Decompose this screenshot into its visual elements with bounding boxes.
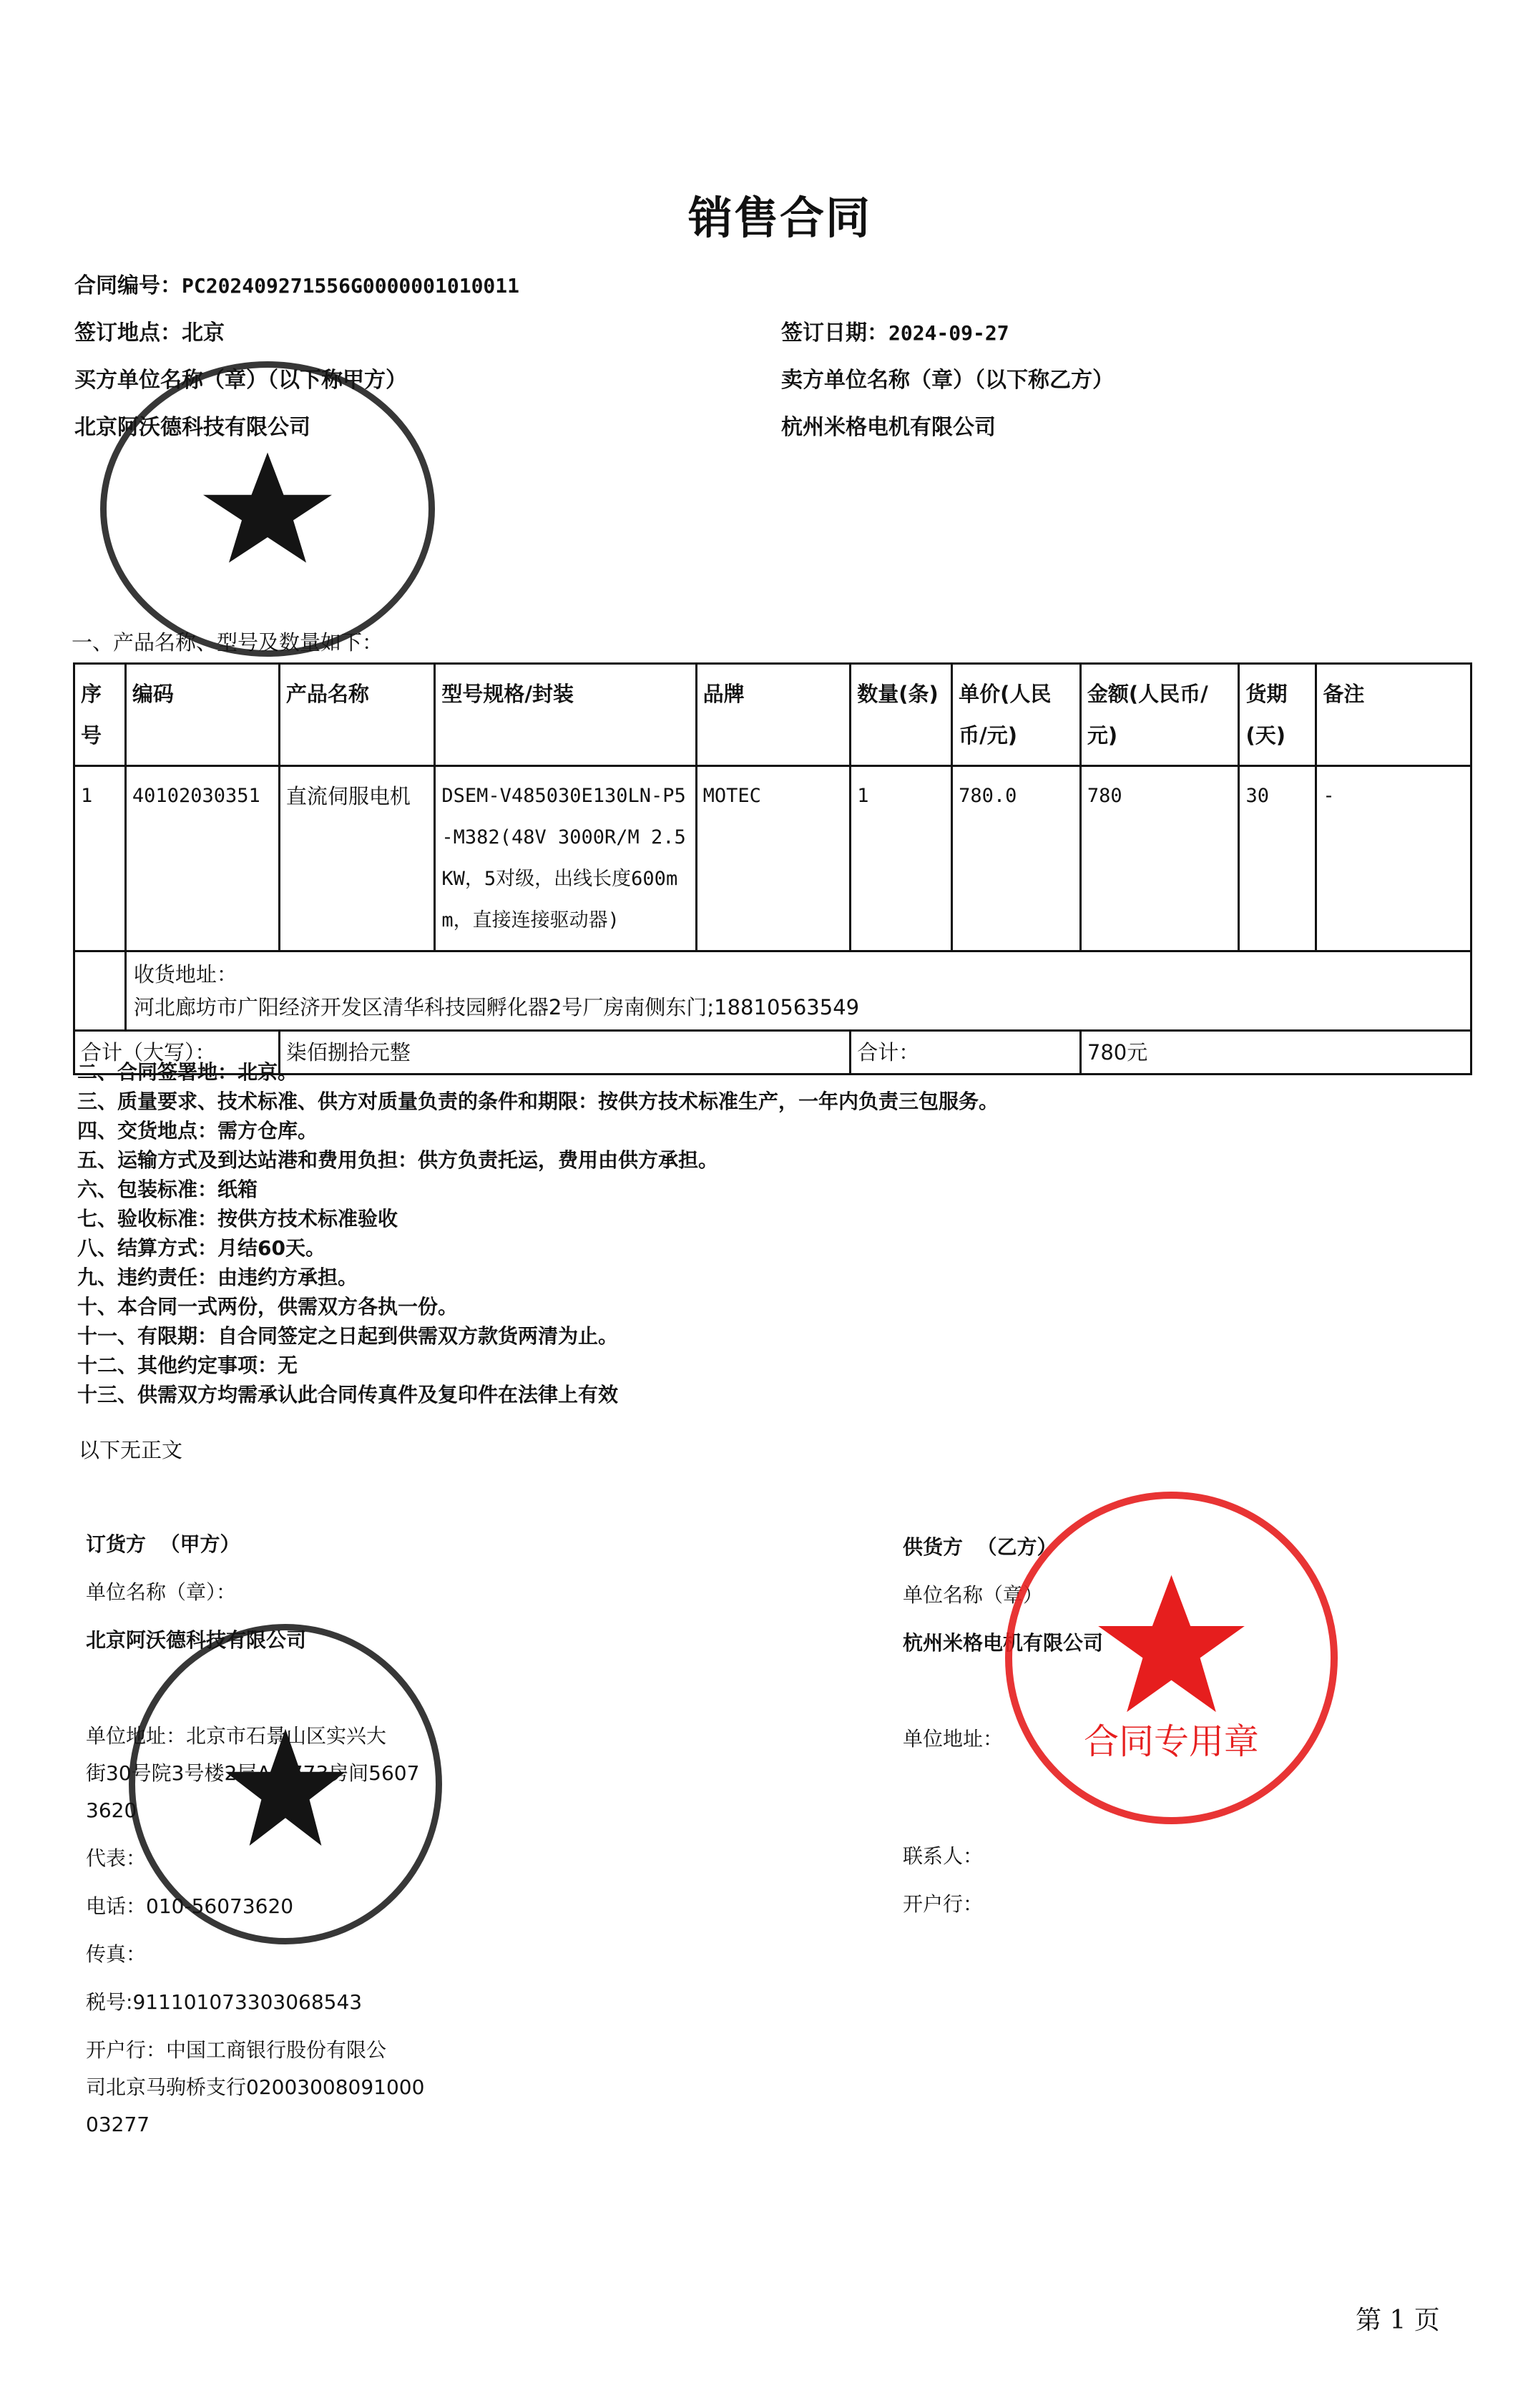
contract-number: 合同编号：PC20240927155​6G0000001010011 [74,268,519,299]
buyer-party-name: 北京阿沃德科技有限公司 [86,1628,424,1653]
items-table: 序号 编码 产品名称 型号规格/封装 品牌 数量(条) 单价(人民币/元) 金额… [73,662,1472,1075]
col-brand: 品牌 [696,664,851,766]
buyer-bank-line2: 司北京马驹桥支行02003008091000 [86,2075,424,2100]
cell-spec: DSEM-V485030E130LN-P5-M382(48V 3000R/M 2… [435,766,696,951]
seller-bank-label: 开户行： [903,1892,1103,1917]
seller-heading: 供货方 （乙方） [903,1535,1103,1560]
cell-brand: MOTEC [696,766,851,951]
buyer-seal-top [100,361,435,657]
col-remark: 备注 [1316,664,1471,766]
buyer-phone-label: 电话： [86,1894,146,1918]
cell-seq: 1 [74,766,126,951]
buyer-rep-label: 代表： [86,1846,424,1871]
cell-unit-price: 780.0 [952,766,1081,951]
cell-name: 直流伺服电机 [279,766,435,951]
buyer-address-line3: 3620 [86,1798,424,1823]
buyer-tax-label: 税号: [86,1990,132,2014]
delivery-address-label: 收货地址： [134,958,1463,991]
seller-party: 供货方 （乙方） 单位名称（章） 杭州米格电机有限公司 单位地址： 联系人： 开… [903,1535,1103,1917]
cell-code: 40102030351 [125,766,279,951]
clause: 九、违约责任：由违约方承担。 [77,1263,999,1292]
buyer-party: 订货方 （甲方） 单位名称（章）： 北京阿沃德科技有限公司 单位地址：北京市石景… [86,1532,424,2137]
clause: 七、验收标准：按供方技术标准验收 [77,1204,999,1233]
sign-place: 签订地点：北京 [74,315,225,346]
buyer-address-label: 单位地址： [86,1724,186,1748]
seller-contact-label: 联系人： [903,1844,1103,1869]
page-number: 第 1 页 [1356,2300,1440,2336]
contract-number-label: 合同编号： [74,273,182,298]
clause: 五、运输方式及到达站港和费用负担：供方负责托运，费用由供方承担。 [77,1145,999,1175]
buyer-heading: 订货方 （甲方） [86,1532,424,1557]
buyer-phone: 010-56073620 [146,1894,293,1918]
delivery-address-cell: 收货地址： 河北廊坊市广阳经济开发区清华科技园孵化器2号厂房南侧东门;18810… [125,951,1471,1031]
end-note: 以下无正文 [79,1434,182,1464]
sign-place-value: 北京 [182,320,225,346]
table-header-row: 序号 编码 产品名称 型号规格/封装 品牌 数量(条) 单价(人民币/元) 金额… [74,664,1471,766]
clause: 六、包装标准：纸箱 [77,1175,999,1204]
sign-date-value: 2024-09-27 [888,321,1009,345]
clause: 十三、供需双方均需承认此合同传真件及复印件在法律上有效 [77,1380,999,1409]
seller-name-label: 单位名称（章） [903,1583,1103,1607]
clause: 二、合同签署地：北京。 [77,1057,999,1087]
sign-date: 签订日期：2024-09-27 [781,315,1009,346]
buyer-bank-line3: 03277 [86,2113,424,2137]
buyer-bank-line1: 中国工商银行股份有限公 [166,2038,386,2062]
buyer-bank-label: 开户行： [86,2038,166,2062]
col-seq: 序号 [74,664,126,766]
clause: 四、交货地点：需方仓库。 [77,1116,999,1145]
col-code: 编码 [125,664,279,766]
contract-clauses: 二、合同签署地：北京。 三、质量要求、技术标准、供方对质量负责的条件和期限：按供… [77,1057,999,1409]
clause: 十一、有限期：自合同签定之日起到供需双方款货两清为止。 [77,1321,999,1351]
sign-date-label: 签订日期： [781,320,888,346]
buyer-name-label: 单位名称（章）： [86,1580,424,1605]
col-lead-days: 货期(天) [1239,664,1316,766]
cell-amount: 780 [1080,766,1239,951]
cell-remark: - [1316,766,1471,951]
cell-qty: 1 [851,766,952,951]
buyer-label: 买方单位名称（章）（以下称甲方） [74,362,407,393]
address-row: 收货地址： 河北廊坊市广阳经济开发区清华科技园孵化器2号厂房南侧东门;18810… [74,951,1471,1031]
col-amount: 金额(人民币/元) [1080,664,1239,766]
seller-label: 卖方单位名称（章）（以下称乙方） [781,362,1114,393]
clause: 十二、其他约定事项：无 [77,1351,999,1380]
contract-number-value: PC20240927155​6G0000001010011 [182,274,519,298]
buyer-address-line2: 街30号院3号楼2层A-0773房间5607 [86,1761,424,1786]
seller-name: 杭州米格电机有限公司 [781,409,996,441]
cell-lead-days: 30 [1239,766,1316,951]
buyer-name: 北京阿沃德科技有限公司 [74,409,310,441]
col-unit-price: 单价(人民币/元) [952,664,1081,766]
col-name: 产品名称 [279,664,435,766]
table-row: 1 40102030351 直流伺服电机 DSEM-V485030E130LN-… [74,766,1471,951]
delivery-address: 河北廊坊市广阳经济开发区清华科技园孵化器2号厂房南侧东门;18810563549 [134,991,1463,1024]
total-value: 780元 [1080,1031,1471,1075]
clause: 十、本合同一式两份，供需双方各执一份。 [77,1292,999,1321]
buyer-tax-no: 911101073303068543 [132,1990,362,2014]
buyer-address-line1: 北京市石景山区实兴大 [186,1724,386,1748]
clause: 八、结算方式：月结60天。 [77,1233,999,1263]
seller-party-name: 杭州米格电机有限公司 [903,1631,1103,1655]
seller-address-label: 单位地址： [903,1727,1103,1751]
section-1-heading: 一、产品名称、型号及数量如下： [72,627,383,656]
clause: 三、质量要求、技术标准、供方对质量负责的条件和期限：按供方技术标准生产，一年内负… [77,1087,999,1116]
svg-text:合同专用章: 合同专用章 [1084,1721,1259,1762]
buyer-fax-label: 传真： [86,1942,424,1967]
document-title: 销售合同 [0,182,1528,246]
col-qty: 数量(条) [851,664,952,766]
col-spec: 型号规格/封装 [435,664,696,766]
sign-place-label: 签订地点： [74,320,182,346]
